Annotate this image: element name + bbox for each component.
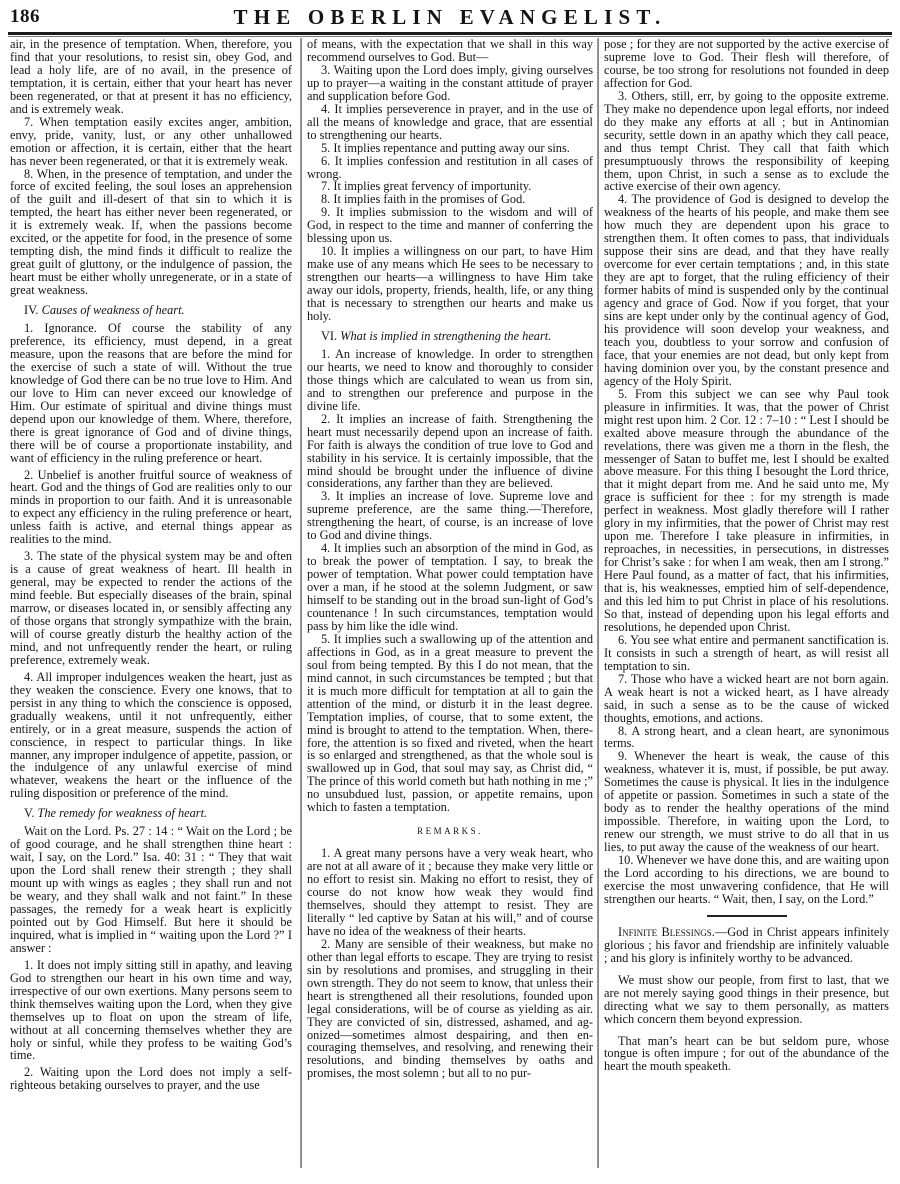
list-item: 1. An increase of knowledge. In order to… (307, 348, 593, 413)
list-item: 5. From this subject we can see why Paul… (604, 388, 889, 634)
list-item: 1. It does not imply sitting still in ap… (10, 959, 292, 1063)
section-heading-iv: IV. Causes of weakness of heart. (10, 304, 292, 317)
list-item: 2. Many are sensible of their weakness, … (307, 938, 593, 1080)
list-item: 2. Unbelief is another fruitful source o… (10, 469, 292, 547)
newspaper-title: THE OBERLIN EVANGELIST. (0, 5, 900, 30)
list-item: 6. You see what entire and permanent san… (604, 634, 889, 673)
paragraph: of means, with the expectation that we s… (307, 38, 593, 64)
section-numeral: V. (24, 806, 34, 820)
section-numeral: IV. (24, 303, 39, 317)
list-item: 5. It implies such a swallowing up of th… (307, 633, 593, 814)
list-item: 7. Those who have a wicked heart are not… (604, 673, 889, 725)
list-item: 4. The providence of God is designed to … (604, 193, 889, 387)
list-item: 3. It implies an increase of love. Supre… (307, 490, 593, 542)
section-title: What is implied in strengthening the hea… (340, 329, 551, 343)
list-item: 9. It implies submission to the wisdom a… (307, 206, 593, 245)
list-item: 3. Others, still, err, by going to the o… (604, 90, 889, 194)
list-item: 10. It implies a willingness on our part… (307, 245, 593, 323)
paragraph: That man’s heart can be but seldom pure,… (604, 1035, 889, 1074)
paragraph: 7. When temptation easily excites anger,… (10, 116, 292, 168)
column-1: air, in the presence of temptation. When… (10, 38, 292, 1092)
list-item: 9. Whenever the heart is weak, the cause… (604, 750, 889, 854)
section-heading-v: V. The remedy for weakness of heart. (10, 807, 292, 820)
list-item: 10. Whenever we have done this, and are … (604, 854, 889, 906)
column-3: pose ; for they are not supported by the… (604, 38, 889, 1073)
list-item: 2. Waiting upon the Lord does not imply … (10, 1066, 292, 1092)
list-item: 4. It implies perseverence in prayer, an… (307, 103, 593, 142)
list-item: 8. A strong heart, and a clean heart, ar… (604, 725, 889, 751)
column-2: of means, with the expectation that we s… (307, 38, 593, 1080)
article-label: Infinite Blessings. (618, 925, 715, 939)
list-item: 3. Waiting upon the Lord does imply, giv… (307, 64, 593, 103)
list-item: 1. A great many persons have a very weak… (307, 847, 593, 938)
section-title: The remedy for weakness of heart. (38, 806, 208, 820)
list-item: 1. Ignorance. Of course the stability of… (10, 322, 292, 464)
masthead: 186 THE OBERLIN EVANGELIST. (0, 0, 900, 36)
section-numeral: VI. (321, 329, 337, 343)
list-item: 4. All improper indulgences weaken the h… (10, 671, 292, 801)
list-item: 6. It implies confession and restitution… (307, 155, 593, 181)
section-heading-vi: VI. What is implied in strengthening the… (307, 330, 593, 343)
article-separator (707, 915, 787, 917)
article-infinite-blessings: Infinite Blessings.—God in Christ appear… (604, 926, 889, 965)
remarks-heading: REMARKS. (307, 825, 593, 838)
paragraph: pose ; for they are not supported by the… (604, 38, 889, 90)
paragraph: air, in the presence of temptation. When… (10, 38, 292, 116)
list-item: 4. It implies such an absorption of the … (307, 542, 593, 633)
list-item: 3. The state of the physical system may … (10, 550, 292, 667)
paragraph: We must show our people, from first to l… (604, 974, 889, 1026)
header-rule (8, 32, 892, 35)
column-divider-1 (300, 38, 302, 1168)
list-item: 5. It implies repentance and putting awa… (307, 142, 593, 155)
column-divider-2 (597, 38, 599, 1168)
list-item: 2. It implies an increase of faith. Stre… (307, 413, 593, 491)
paragraph: 8. When, in the presence of temptation, … (10, 168, 292, 298)
paragraph: Wait on the Lord. Ps. 27 : 14 : “ Wait o… (10, 825, 292, 955)
section-title: Causes of weakness of heart. (42, 303, 185, 317)
